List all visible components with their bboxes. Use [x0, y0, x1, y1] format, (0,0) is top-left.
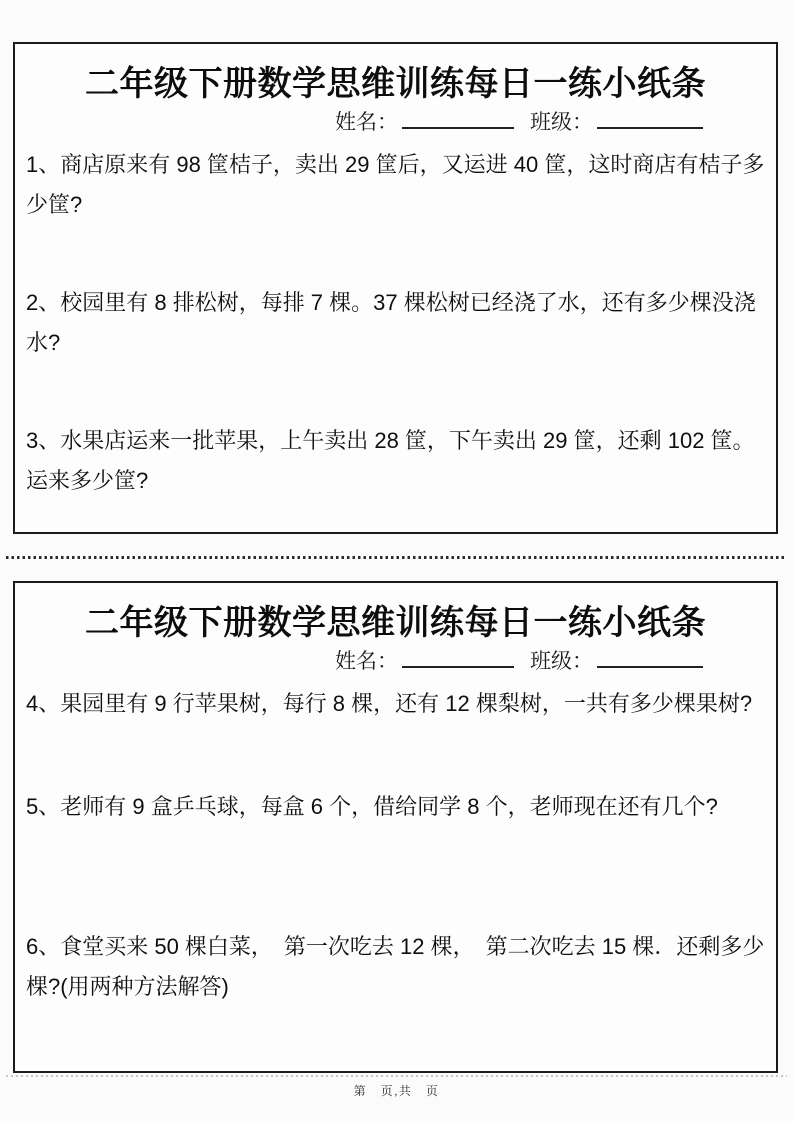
name-blank-field: [402, 109, 514, 129]
worksheet-card-top: 二年级下册数学思维训练每日一练小纸条 姓名：班级： 1、商店原来有 98 筐桔子…: [13, 42, 778, 534]
name-blank-field: [402, 648, 514, 668]
name-class-line: 姓名：班级：: [335, 645, 703, 675]
class-blank-field: [597, 109, 703, 129]
class-blank-field: [597, 648, 703, 668]
problem-5: 5、老师有 9 盒乒乓球，每盒 6 个，借给同学 8 个，老师现在还有几个?: [26, 787, 776, 827]
problem-2: 2、校园里有 8 排松树，每排 7 棵。37 棵松树已经浇了水，还有多少棵没浇水…: [26, 283, 776, 363]
worksheet-title: 二年级下册数学思维训练每日一练小纸条: [15, 595, 776, 644]
class-label: 班级：: [530, 110, 593, 134]
cut-line-divider: [6, 556, 787, 559]
page-footer: 第 页,共 页: [0, 1082, 793, 1099]
problem-4: 4、果园里有 9 行苹果树，每行 8 棵，还有 12 棵梨树，一共有多少棵果树?: [26, 684, 776, 724]
problem-1: 1、商店原来有 98 筐桔子，卖出 29 筐后，又运进 40 筐，这时商店有桔子…: [26, 145, 776, 225]
worksheet-title: 二年级下册数学思维训练每日一练小纸条: [15, 56, 776, 105]
name-label: 姓名：: [335, 649, 398, 673]
cut-line-faint: [6, 1075, 787, 1077]
problem-6: 6、食堂买来 50 棵白菜， 第一次吃去 12 棵， 第二次吃去 15 棵．还剩…: [26, 927, 776, 1007]
worksheet-page: 二年级下册数学思维训练每日一练小纸条 姓名：班级： 1、商店原来有 98 筐桔子…: [0, 0, 793, 1121]
class-label: 班级：: [530, 649, 593, 673]
name-label: 姓名：: [335, 110, 398, 134]
worksheet-card-bottom: 二年级下册数学思维训练每日一练小纸条 姓名：班级： 4、果园里有 9 行苹果树，…: [13, 581, 778, 1073]
name-class-line: 姓名：班级：: [335, 106, 703, 136]
problem-3: 3、水果店运来一批苹果，上午卖出 28 筐，下午卖出 29 筐，还剩 102 筐…: [26, 421, 776, 501]
